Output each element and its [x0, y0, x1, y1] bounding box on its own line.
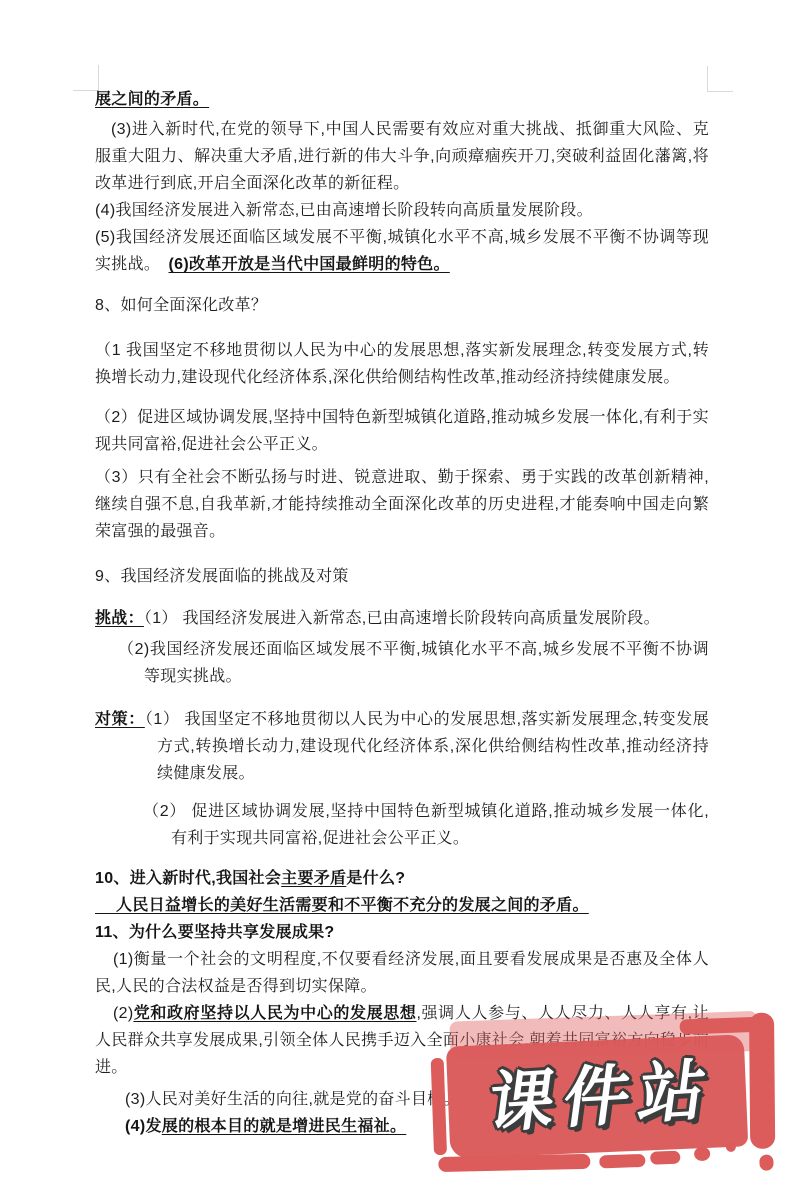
paragraph-15: 人民日益增长的美好生活需要和不平衡不充分的发展之间的矛盾。	[95, 892, 709, 919]
document-body-text: 展之间的矛盾。 (3)进入新时代,在党的领导下,中国人民需要有效应对重大挑战、抵…	[95, 86, 709, 1140]
paragraph-8: （3）只有全社会不断弘扬与时进、锐意进取、勤于探索、勇于实践的改革创新精神,继续…	[95, 464, 709, 545]
paragraph-9: 9、我国经济发展面临的挑战及对策	[95, 563, 709, 590]
paragraph-11: （2)我国经济发展还面临区域发展不平衡,城镇化水平不高,城乡发展不平衡不协调等现…	[118, 636, 709, 690]
text-run: 展之间的矛盾。	[95, 91, 209, 108]
text-run: 11、为什么要坚持共享发展成果?	[95, 924, 335, 941]
stamp-frame-bottom-dot	[694, 1147, 710, 1162]
text-run: 9、我国经济发展面临的挑战及对策	[95, 568, 349, 585]
paragraph-7: （2）促进区域协调发展,坚持中国特色新型城镇化道路,推动城乡发展一体化,有利于实…	[95, 404, 709, 458]
text-run: （3）只有全社会不断弘扬与时进、锐意进取、勤于探索、勇于实践的改革创新精神,继续…	[95, 469, 709, 540]
text-run: (1)衡量一个社会的文明程度,不仅要看经济发展,面且要看发展成果是否惠及全体人民…	[95, 951, 709, 995]
text-run: 挑战：	[95, 610, 144, 627]
stamp-frame-right-bar-tail	[759, 1154, 774, 1170]
text-run: 对策：	[95, 711, 145, 728]
stamp-frame-bottom-dash	[438, 1154, 590, 1172]
text-run: （1 我国坚定不移地贯彻以人民为中心的发展思想,落实新发展理念,转变发展方式,转…	[95, 342, 709, 386]
stamp-frame-bottom-dot	[726, 1142, 736, 1152]
paragraph-18: (2)党和政府坚持以人民为中心的发展思想,强调人人参与、人人尽力、人人享有,让人…	[95, 1000, 709, 1081]
text-run: （2） 促进区域协调发展,坚持中国特色新型城镇化道路,推动城乡发展一体化,有利于…	[143, 803, 709, 847]
paragraph-5: 8、如何全面深化改革？	[95, 292, 709, 319]
text-run: 党和政府坚持以人民为中心的发展思想	[133, 1005, 416, 1022]
text-run: （1） 我国经济发展进入新常态,已由高速增长阶段转向高质量发展阶段。	[144, 610, 660, 627]
text-run: （2）促进区域协调发展,坚持中国特色新型城镇化道路,推动城乡发展一体化,有利于实…	[95, 409, 709, 453]
text-run: （2)我国经济发展还面临区域发展不平衡,城镇化水平不高,城乡发展不平衡不协调等现…	[118, 641, 709, 685]
paragraph-12: 对策：（1） 我国坚定不移地贯彻以人民为中心的发展思想,落实新发展理念,转变发展…	[95, 706, 709, 787]
paragraph-19: (3)人民对美好生活的向往,就是党的奋斗目标。	[95, 1086, 709, 1113]
paragraph-1: 展之间的矛盾。	[95, 86, 709, 113]
paragraph-17: (1)衡量一个社会的文明程度,不仅要看经济发展,面且要看发展成果是否惠及全体人民…	[95, 946, 709, 1000]
text-run	[152, 256, 168, 273]
paragraph-2: (3)进入新时代,在党的领导下,中国人民需要有效应对重大挑战、抵御重大风险、克服…	[95, 116, 709, 197]
paragraph-20: (4)发展的根本目的就是增进民生福祉。	[95, 1113, 709, 1140]
paragraph-3: (4)我国经济发展进入新常态,已由高速增长阶段转向高质量发展阶段。	[95, 197, 709, 224]
text-run: 人民日益增长的美好生活需要和不平衡不充分的发展之间的矛盾。	[95, 897, 589, 914]
text-run: 展的根本目的就是增进民生福祉。	[162, 1118, 407, 1135]
paragraph-14: 10、进入新时代,我国社会主要矛盾是什么?	[95, 865, 709, 892]
text-run: (3)人民对美好生活的向往,就是党的奋斗目标。	[125, 1091, 460, 1108]
text-run: (4)我国经济发展进入新常态,已由高速增长阶段转向高质量发展阶段。	[95, 202, 593, 219]
stamp-frame-bottom-dash	[599, 1154, 645, 1169]
stamp-frame-bottom-dash	[650, 1151, 680, 1165]
text-run: 10、进入新时代,我国社会	[95, 870, 281, 887]
text-boundary-mark-top-right	[707, 66, 733, 92]
text-run: （1） 我国坚定不移地贯彻以人民为中心的发展思想,落实新发展理念,转变发展方式,…	[145, 711, 709, 782]
text-run: 8、如何全面深化改革？	[95, 297, 267, 314]
stamp-frame-right-bar	[749, 1013, 775, 1149]
text-run: (4)发	[125, 1118, 162, 1135]
text-run: (3)进入新时代,在党的领导下,中国人民需要有效应对重大挑战、抵御重大风险、克服…	[95, 121, 709, 192]
paragraph-16: 11、为什么要坚持共享发展成果?	[95, 919, 709, 946]
paragraph-10: 挑战：（1） 我国经济发展进入新常态,已由高速增长阶段转向高质量发展阶段。	[95, 605, 709, 632]
text-run: 主要矛盾	[281, 870, 346, 887]
text-run: (2)	[113, 1005, 133, 1022]
text-run: (6)改革开放是当代中国最鲜明的特色。	[169, 256, 450, 273]
paragraph-4: (5)我国经济发展还面临区域发展不平衡,城镇化水平不高,城乡发展不平衡不协调等现…	[95, 224, 709, 278]
paragraph-6: （1 我国坚定不移地贯彻以人民为中心的发展思想,落实新发展理念,转变发展方式,转…	[95, 337, 709, 391]
text-run: 是什么?	[346, 870, 405, 887]
document-page: 展之间的矛盾。 (3)进入新时代,在党的领导下,中国人民需要有效应对重大挑战、抵…	[0, 0, 800, 1200]
paragraph-13: （2） 促进区域协调发展,坚持中国特色新型城镇化道路,推动城乡发展一体化,有利于…	[143, 798, 709, 852]
